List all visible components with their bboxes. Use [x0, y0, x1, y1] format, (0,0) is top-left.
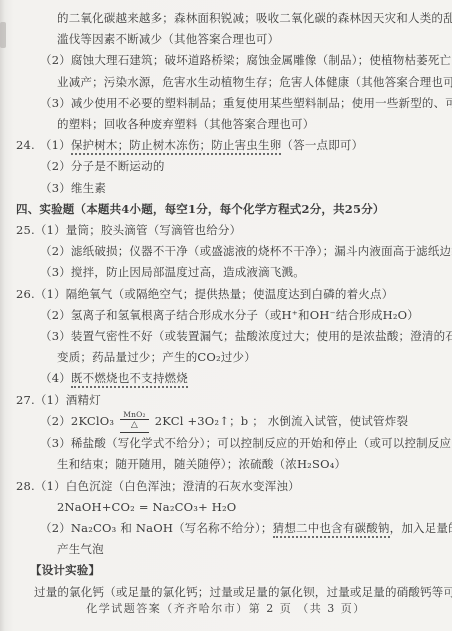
answer-line-q27-item3-l1: （3）稀盐酸（写化学式不给分）；可以控制反应的开始和停止（或可以控制反应的发 [0, 433, 448, 454]
emphasized-answer: 猜想二中也含有碳酸钠 [273, 521, 390, 538]
item-label: （4） [40, 371, 71, 385]
answer-line-q28-item1: 28.（1）白色沉淀（白色浑浊；澄清的石灰水变浑浊） [0, 476, 448, 497]
section-4-header: 四、实验题（本题共4小题，每空1分，每个化学方程式2分，共25分） [0, 199, 448, 220]
answer-line-q26-item3-l2: 变质；药品量过少；产生的CO₂过少） [0, 347, 448, 368]
answer-line-q25-item3: （3）搅拌，防止因局部温度过高，造成液滴飞溅。 [0, 262, 448, 283]
emphasized-answer: 保护树木；防止树木冻伤；防止害虫生卵 [71, 138, 282, 155]
answer-line-q27-item1: 27.（1）酒精灯 [0, 390, 448, 411]
answer-line-q28-item2-l2: 产生气泡 [0, 539, 448, 560]
answer-line-q24-item2: （2）分子是不断运动的 [0, 156, 448, 177]
equation-right-side: 2KCl +3O₂↑ [155, 411, 229, 432]
answer-note: （答一点即可） [281, 138, 363, 152]
catalyst-label: MnO₂ [120, 411, 148, 420]
page-footer: 化学试题答案（齐齐哈尔市）第 2 页 （共 3 页） [0, 600, 452, 616]
answer-line-q25-item1: 25.（1）量筒；胶头滴管（写滴管也给分） [0, 220, 448, 241]
equation-left-side: 2KClO₃ [71, 411, 114, 432]
heat-delta-symbol: △ [131, 420, 138, 432]
reaction-condition: MnO₂ △ [120, 411, 148, 433]
item-label: （1） [40, 138, 71, 152]
emphasized-answer: 既不燃烧也不支持燃烧 [71, 371, 188, 388]
answer-line-q27-equation: （2） 2KClO₃ MnO₂ △ 2KCl +3O₂↑ ；b ； 水倒流入试管… [0, 411, 448, 433]
answer-line-q23-cont1: 的二氧化碳越来越多；森林面积锐减；吸收二氧化碳的森林因天灾和人类的乱砍 [0, 8, 448, 29]
answer-text: Na₂CO₃ 和 NaOH（写名称不给分）； [71, 521, 273, 535]
answers-body: 的二氧化碳越来越多；森林面积锐减；吸收二氧化碳的森林因天灾和人类的乱砍 滥伐等因… [0, 8, 448, 603]
answer-line-q24-item3: （3）维生素 [0, 178, 448, 199]
answer-line-q23-item3-l1: （3）减少使用不必要的塑料制品；重复使用某些塑料制品；使用一些新型的、可降解 [0, 93, 448, 114]
answer-text: ，加入足量的盐酸也能 [390, 521, 452, 535]
answer-line-q27-item3-l2: 生和结束；随开随用，随关随停）；浓硫酸（浓H₂SO₄） [0, 454, 448, 475]
answer-line-q23-cont2: 滥伐等因素不断减少（其他答案合理也可） [0, 29, 448, 50]
chemical-equation: （2） 2KClO₃ MnO₂ △ 2KCl +3O₂↑ ；b ； 水倒流入试管… [40, 411, 408, 433]
answer-line-q26-item2: （2）氢离子和氢氧根离子结合形成水分子（或H⁺和OH⁻结合形成H₂O） [0, 305, 448, 326]
scanned-answer-sheet-page: 的二氧化碳越来越多；森林面积锐减；吸收二氧化碳的森林因天灾和人类的乱砍 滥伐等因… [0, 0, 452, 631]
answer-line-q28-equation: 2NaOH+CO₂ = Na₂CO₃+ H₂O [0, 497, 448, 518]
design-experiment-header: 【设计实验】 [0, 560, 448, 581]
answer-line-q23-item2-l1: （2）腐蚀大理石建筑；破坏道路桥梁；腐蚀金属雕像（制品）；使植物枯萎死亡，农 [0, 50, 448, 71]
answer-line-q26-item3-l1: （3）装置气密性不好（或装置漏气；盐酸浓度过大；使用的是浓盐酸；澄清的石灰水 [0, 326, 448, 347]
answer-line-q24-item1: 24.（1）保护树木；防止树木冻伤；防止害虫生卵（答一点即可） [0, 135, 448, 156]
item-label: （2） [40, 411, 71, 432]
answer-line-q26-item4: （4）既不燃烧也不支持燃烧 [0, 368, 448, 389]
answer-line-q23-item2-l2: 业减产；污染水源，危害水生动植物生存；危害人体健康（其他答案合理也可） [0, 72, 448, 93]
answer-line-q28-item2-l1: （2）Na₂CO₃ 和 NaOH（写名称不给分）；猜想二中也含有碳酸钠，加入足量… [0, 518, 448, 539]
answer-continuation: ；b ； 水倒流入试管，使试管炸裂 [229, 411, 408, 432]
question-number: 24. [16, 138, 35, 152]
answer-line-q23-item3-l2: 的塑料；回收各种废弃塑料（其他答案合理也可） [0, 114, 448, 135]
item-label: （2） [40, 521, 71, 535]
answer-line-q25-item2: （2）滤纸破损；仪器不干净（或盛滤液的烧杯不干净）；漏斗内液面高于滤纸边缘。 [0, 241, 448, 262]
answer-line-q26-item1: 26.（1）隔绝氧气（或隔绝空气；提供热量；使温度达到白磷的着火点） [0, 284, 448, 305]
